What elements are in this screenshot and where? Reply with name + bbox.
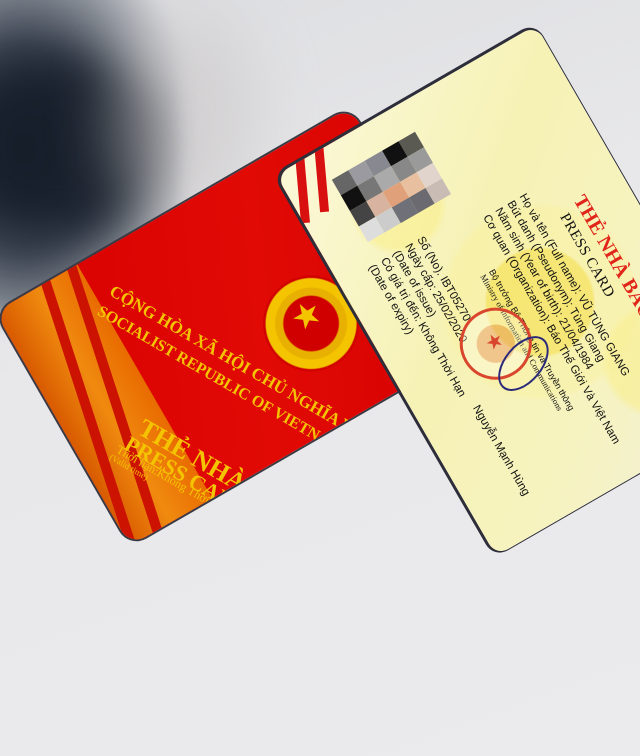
pixelated-photo bbox=[332, 132, 451, 242]
photo-scene: CỘNG HÒA XÃ HỘI CHỦ NGHĨA VIỆT NAM SOCIA… bbox=[0, 0, 640, 756]
signatory-name: Nguyễn Mạnh Hùng bbox=[469, 403, 532, 499]
